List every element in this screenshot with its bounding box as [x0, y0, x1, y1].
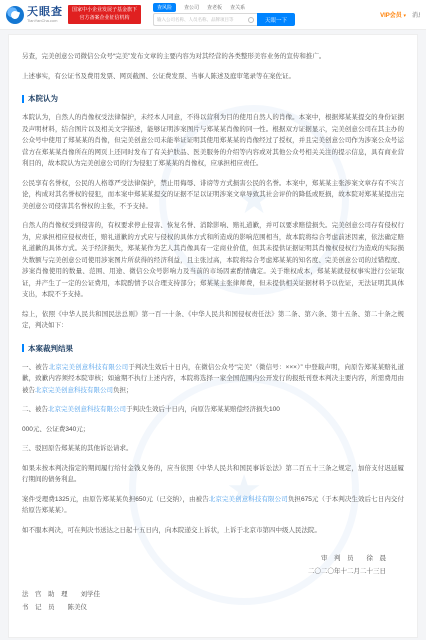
tab-0[interactable]: 查风险 [153, 3, 176, 12]
search-input[interactable] [157, 17, 248, 22]
chevron-down-icon: ▾ [403, 13, 406, 19]
tianyancha-eye-icon [6, 6, 24, 24]
section-heading: 本案裁判结果 [22, 343, 404, 354]
top-navigation-bar: 天眼查 TianYanCha.com 国家中小企业发展子基金旗下 官方备案企业征… [0, 0, 426, 30]
official-credit-badge: 国家中小企业发展子基金旗下 官方备案企业征信机构 [68, 5, 141, 24]
judgment-paragraph: 本院认为，自然人的肖像权受法律保护，未经本人同意，不得以营利为目的使用自然人的肖… [22, 112, 404, 170]
judgment-paragraph: 自然人的肖像权受到侵害的，有权要求停止侵害、恢复名誉、消除影响、赔礼道歉，并可以… [22, 220, 404, 301]
paragraph-text: 如不服本判决，可在判决书送达之日起十五日内，向本院递交上诉状，上诉于北京市第四中… [22, 527, 321, 534]
paragraph-text: 另查，完美创意公司微信公众号“完美”发布文章的主要内容为对其经营的各类整形美容业… [22, 53, 325, 60]
edge-menu-item[interactable]: 消息 [412, 10, 420, 19]
judgment-paragraph: 综上，依照《中华人民共和国民法总则》第一百一十条、《中华人民共和国侵权责任法》第… [22, 309, 404, 332]
company-link[interactable]: 北京完美创意科技有限公司 [35, 387, 113, 394]
judgment-paragraph: 二、被告北京完美创意科技有限公司于判决生效后十日内，向原告郑某某赔偿经济损失10… [22, 404, 404, 416]
section-heading: 本院认为 [22, 93, 404, 104]
badge-line2: 官方备案企业征信机构 [72, 15, 137, 23]
paragraph-text: 于判决生效后十日内，向原告郑某某赔偿经济损失100 [126, 406, 280, 413]
logo-title: 天眼查 [27, 7, 63, 18]
judgment-paragraph: 如不服本判决，可在判决书送达之日起十五日内，向本院递交上诉状，上诉于北京市第四中… [22, 525, 404, 537]
vip-member-link[interactable]: VIP会员 ▾ [380, 10, 406, 19]
judgment-paragraph: 三、驳回原告郑某某的其他诉讼请求。 [22, 443, 404, 455]
paragraph-text: 二、被告 [22, 406, 48, 413]
section-heading-text: 本院认为 [28, 93, 58, 104]
header-tabs: 查风险查公司查老板查关系 [153, 3, 295, 12]
judgment-paragraph: 如果未按本判决指定的期间履行给付金钱义务的，应当依照《中华人民共和国民事诉讼法》… [22, 463, 404, 486]
section-heading-bar [22, 344, 24, 352]
badge-line1: 国家中小企业发展子基金旗下 [72, 7, 137, 15]
signature-block: 审 判 员 徐 晨 二〇二〇年十二月二十三日 法 官 助 理 刘学佳 书 记 员… [22, 552, 404, 614]
judgment-body: 另查，完美创意公司微信公众号“完美”发布文章的主要内容为对其经营的各类整形美容业… [22, 51, 404, 536]
tianyancha-logo[interactable]: 天眼查 TianYanCha.com [6, 6, 63, 24]
judge-signature: 审 判 员 徐 晨 [22, 552, 386, 565]
tab-2[interactable]: 查老板 [207, 4, 222, 11]
paragraph-text: 案件受理费1325元，由原告郑某某负担650元（已交纳），由被告 [22, 496, 209, 503]
company-link[interactable]: 北京完美创意科技有限公司 [48, 406, 126, 413]
section-heading-text: 本案裁判结果 [28, 343, 73, 354]
paragraph-text: 如果未按本判决指定的期间履行给付金钱义务的，应当依照《中华人民共和国民事诉讼法》… [22, 465, 404, 484]
paragraph-text: 本院认为，自然人的肖像权受法律保护，未经本人同意，不得以营利为目的使用自然人的肖… [22, 114, 404, 167]
tab-3[interactable]: 查关系 [230, 4, 245, 11]
paragraph-text: 负担； [113, 387, 133, 394]
paragraph-text: 一、被告 [22, 364, 49, 371]
paragraph-text: 公民享有名誉权，公民的人格尊严受法律保护，禁止用侮辱、诽谤等方式损害公民的名誉。… [22, 180, 404, 210]
clerk-signature: 书 记 员 陈美仪 [22, 601, 404, 614]
tab-1[interactable]: 查公司 [184, 4, 199, 11]
search-box [153, 13, 257, 26]
judgment-paragraph: 另查，完美创意公司微信公众号“完美”发布文章的主要内容为对其经营的各类整形美容业… [22, 51, 404, 63]
logo-subtitle: TianYanCha.com [27, 19, 63, 23]
camera-icon[interactable] [248, 17, 254, 23]
judgment-document-card: ★ ★ 另查，完美创意公司微信公众号“完美”发布文章的主要内容为对其经营的各类整… [8, 34, 418, 638]
search-button[interactable]: 天眼一下 [257, 13, 295, 26]
judgment-paragraph: 上述事实，有公证书及费用发票、网页截图、公证费发票、当事人陈述及庭审笔录等在案佐… [22, 71, 404, 83]
company-link[interactable]: 北京完美创意科技有限公司 [209, 496, 288, 503]
paragraph-text: 上述事实，有公证书及费用发票、网页截图、公证费发票、当事人陈述及庭审笔录等在案佐… [22, 73, 295, 80]
judgment-paragraph: 000元、公证费340元； [22, 424, 404, 436]
vip-label: VIP会员 [380, 13, 402, 19]
company-link[interactable]: 北京完美创意科技有限公司 [49, 364, 129, 371]
section-heading-bar [22, 95, 24, 103]
judgment-date: 二〇二〇年十二月二十三日 [22, 565, 386, 578]
assistant-signature: 法 官 助 理 刘学佳 [22, 588, 404, 601]
judgment-paragraph: 一、被告北京完美创意科技有限公司于判决生效后十日内，在微信公众号“完美”（微信号… [22, 362, 404, 397]
paragraph-text: 三、驳回原告郑某某的其他诉讼请求。 [22, 445, 133, 452]
paragraph-text: 000元、公证费340元； [22, 426, 89, 433]
judgment-paragraph: 公民享有名誉权，公民的人格尊严受法律保护，禁止用侮辱、诽谤等方式损害公民的名誉。… [22, 178, 404, 213]
paragraph-text: 综上，依照《中华人民共和国民法总则》第一百一十条、《中华人民共和国侵权责任法》第… [22, 311, 404, 330]
paragraph-text: 自然人的肖像权受到侵害的，有权要求停止侵害、恢复名誉、消除影响、赔礼道歉，并可以… [22, 222, 404, 298]
judgment-paragraph: 案件受理费1325元，由原告郑某某负担650元（已交纳），由被告北京完美创意科技… [22, 494, 404, 517]
